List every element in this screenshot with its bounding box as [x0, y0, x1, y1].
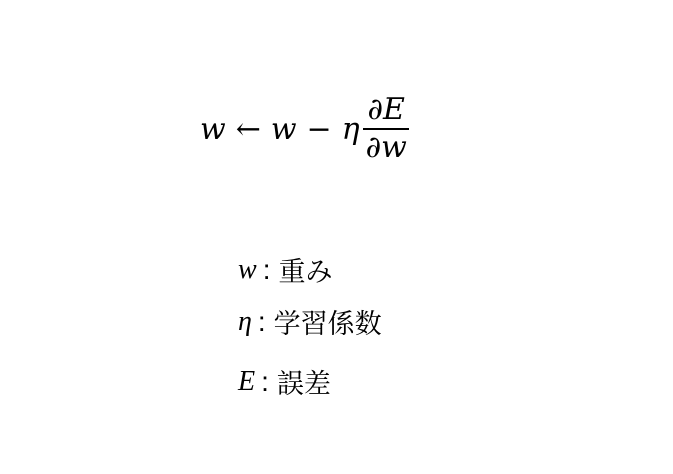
- legend-item-error: E : 誤差: [238, 362, 331, 401]
- legend-description: 重み: [278, 250, 332, 289]
- fraction-denominator: ∂w: [362, 130, 411, 166]
- legend-item-weight: w : 重み: [238, 250, 332, 289]
- assign-arrow: ←: [236, 112, 261, 147]
- legend-symbol: w: [238, 254, 257, 286]
- legend-item-learning-rate: η : 学習係数: [238, 302, 382, 341]
- legend-colon: :: [258, 306, 266, 338]
- weight-variable-lhs: w: [200, 112, 226, 147]
- legend-description: 誤差: [277, 362, 331, 401]
- weight-variable-rhs: w: [271, 112, 297, 147]
- partial-derivative-fraction: ∂E ∂w: [362, 92, 411, 166]
- legend-symbol: E: [238, 366, 255, 398]
- legend-colon: :: [261, 366, 269, 398]
- legend-description: 学習係数: [274, 302, 382, 341]
- fraction-numerator: ∂E: [364, 92, 409, 128]
- legend-colon: :: [263, 254, 271, 286]
- legend-symbol: η: [238, 306, 252, 338]
- minus-sign: −: [307, 112, 332, 147]
- learning-rate-symbol: η: [342, 112, 360, 147]
- update-rule-formula: w ← w − η ∂E ∂w: [200, 84, 411, 174]
